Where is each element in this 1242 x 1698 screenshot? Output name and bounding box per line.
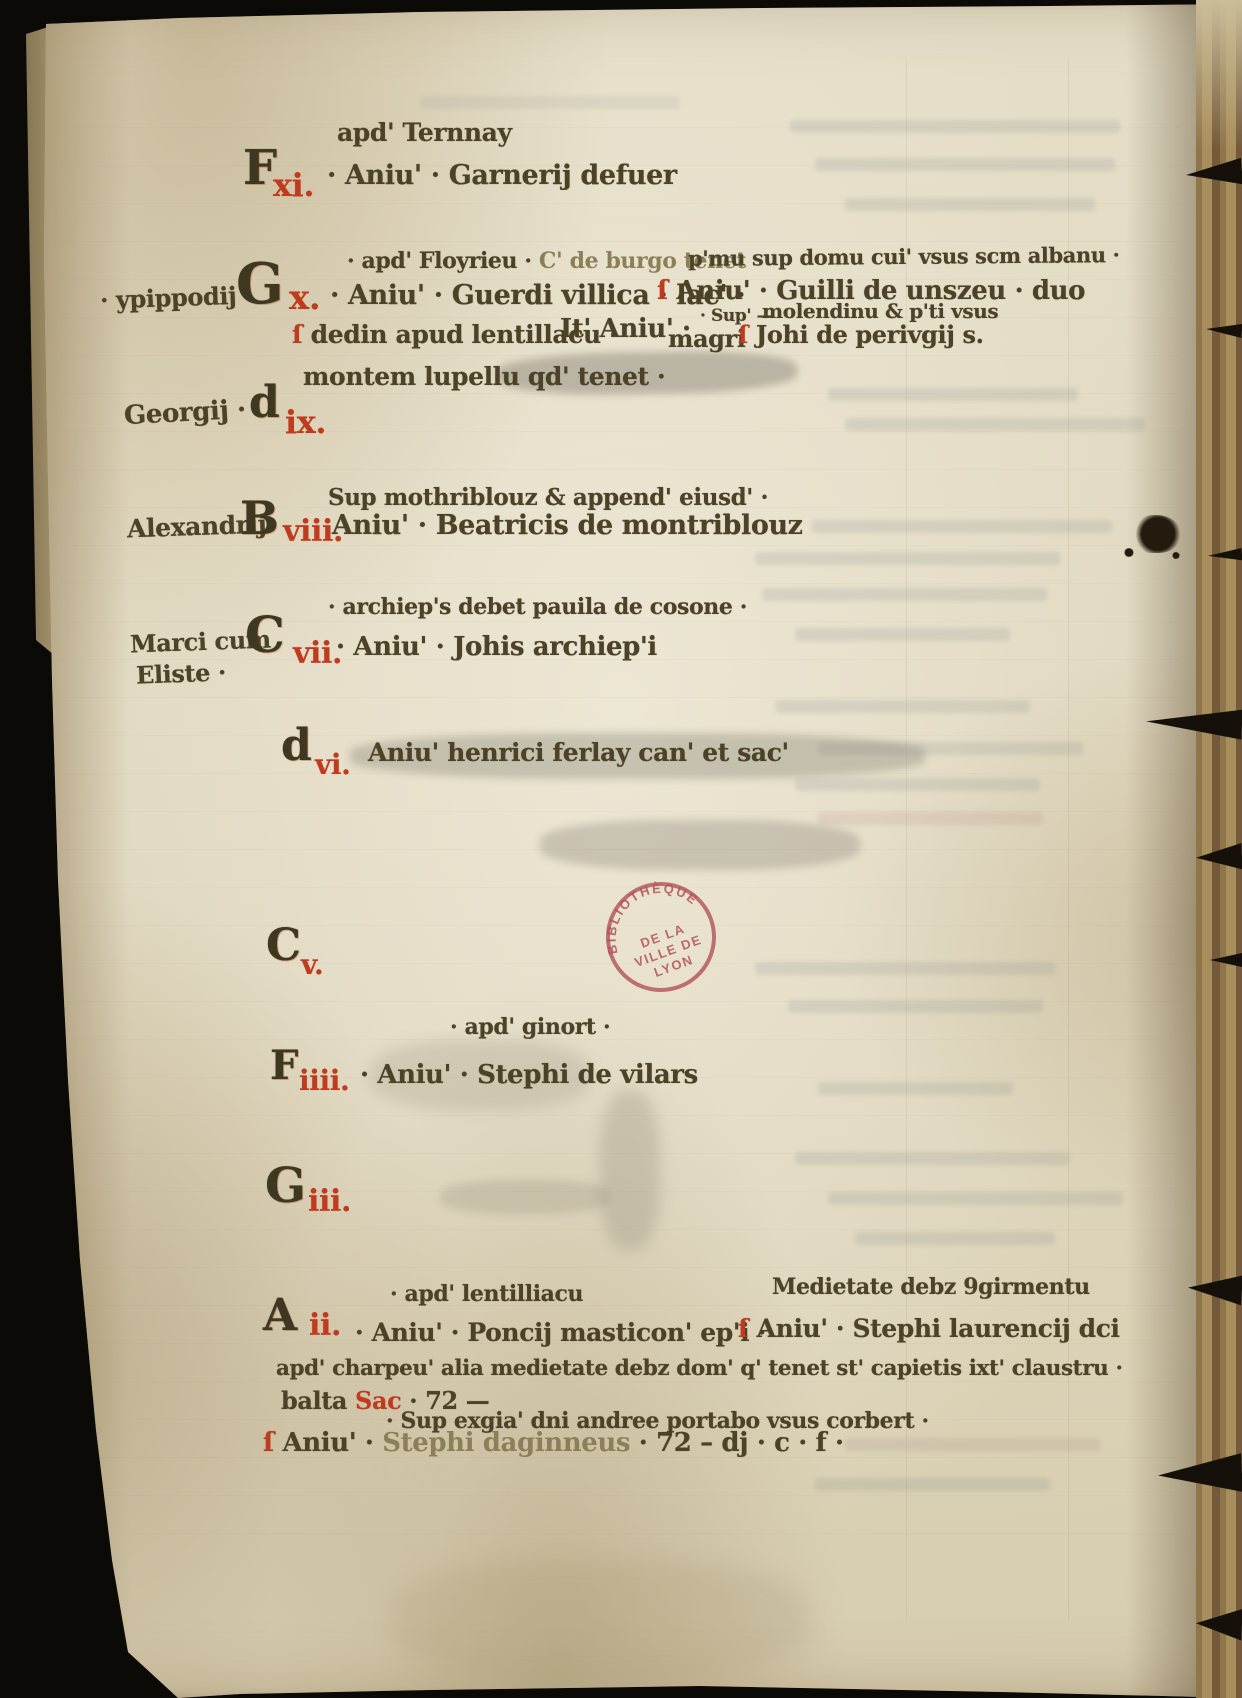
entry-numeral: vii. xyxy=(293,636,342,671)
heading-archieps: · archiep's debet pauila de cosone · xyxy=(328,594,747,620)
numeral-red: iiii. xyxy=(299,1064,349,1097)
bleedthrough-mark xyxy=(828,388,1078,401)
bleedthrough-mark xyxy=(845,418,1145,431)
numeral-red: v. xyxy=(301,948,323,981)
entry-text: montem lupellu qd' tenet · xyxy=(303,362,665,391)
marginal-text: · ypippodij · xyxy=(100,280,253,314)
entry-body: Aniu' henrici ferlay can' et sac' xyxy=(368,738,789,767)
entry-body: Aniu' · Beatricis de montriblouz xyxy=(332,510,803,541)
entry-initial: d xyxy=(281,724,311,768)
bleedthrough-mark xyxy=(815,1478,1050,1491)
heading-text: p'mu sup domu cui' vsus scm albanu · xyxy=(688,242,1120,271)
numeral-red: ii. xyxy=(309,1308,341,1343)
entry-body: · Aniu' · Johis archiep'i xyxy=(336,632,657,662)
numeral-red: ix. xyxy=(285,403,326,441)
entry-text: ſ Johi de perivgij s. xyxy=(738,320,984,349)
entry-body: Aniu' · Stephi laurencij dci xyxy=(757,1314,1120,1343)
stain xyxy=(440,1180,610,1214)
bleedthrough-mark xyxy=(815,158,1115,171)
entry-initial: G xyxy=(265,1162,306,1210)
entry-text: ſ Aniu' · Stephi laurencij dci xyxy=(738,1314,1120,1343)
entry-body: Aniu' · xyxy=(282,1428,382,1458)
entry-initial: G xyxy=(236,256,283,312)
entry-text: magri xyxy=(668,324,746,353)
bleedthrough-mark xyxy=(828,1192,1123,1205)
stain xyxy=(600,1090,660,1250)
numeral-red: iii. xyxy=(308,1184,351,1219)
heading-text: · archiep's debet pauila de cosone · xyxy=(328,594,747,620)
marginal-note-ypippodij: · ypippodij · xyxy=(100,280,253,314)
entry-text: · Aniu' · Poncij masticon' ep'i · xyxy=(355,1318,766,1347)
heading-mothriblon: Sup mothriblouz & append' eiusd' · xyxy=(328,484,768,511)
entry-text: apd' charpeu' alia medietate debz dom' q… xyxy=(276,1356,1123,1381)
bleedthrough-mark xyxy=(795,778,1040,791)
heading-text: Sup mothriblouz & append' eiusd' · xyxy=(328,484,768,511)
bleedthrough-mark xyxy=(812,520,1112,533)
ink-blot xyxy=(1135,515,1181,553)
entry-initial: C xyxy=(266,924,301,968)
bleedthrough-mark xyxy=(845,198,1095,211)
binding-edge-light xyxy=(1196,0,1242,150)
entry-text: ſ Aniu' · Stephi daginneus · 72 – dj · c… xyxy=(263,1428,844,1458)
heading-sup-domum: p'mu sup domu cui' vsus scm albanu · xyxy=(688,242,1120,271)
heading-lentillacu: · apd' lentilliacu xyxy=(390,1281,583,1307)
entry-numeral: x. xyxy=(289,278,320,318)
initial-letter: C xyxy=(266,920,301,971)
entry-body: apd' charpeu' alia medietate debz dom' q… xyxy=(276,1356,1123,1381)
ink-blot xyxy=(1172,552,1180,559)
entry-body: · 72 – dj · c · f · xyxy=(630,1428,843,1458)
place-heading-floyrieu: · apd' Floyrieu · C' de burgo tenet xyxy=(347,248,746,274)
heading-text: · apd' ginort · xyxy=(450,1014,610,1040)
initial-letter: C xyxy=(245,605,284,664)
fold-shading xyxy=(40,0,130,1698)
heading-text: · apd' lentilliacu xyxy=(390,1281,583,1307)
erasure-smudge xyxy=(540,820,860,870)
heading-text: Medietate debz 9girmentu xyxy=(772,1274,1090,1300)
bleedthrough-mark xyxy=(788,1000,1043,1013)
manuscript-photo: apd' Ternnay F xi. · Aniu' · Garnerij de… xyxy=(0,0,1242,1698)
paragraph-mark: ſ xyxy=(738,1314,748,1343)
bleedthrough-mark xyxy=(845,1438,1100,1451)
entry-initial: F xyxy=(270,1046,298,1086)
entry-numeral: xi. xyxy=(273,166,314,204)
entry-initial: d xyxy=(249,381,279,425)
entry-initial: A xyxy=(263,1294,297,1338)
paragraph-mark: ſ xyxy=(738,320,748,349)
entry-body-faded: Stephi daginneus xyxy=(382,1428,630,1458)
marginal-note-georgii: Georgij · xyxy=(123,395,246,431)
bleedthrough-mark xyxy=(855,1232,1055,1245)
entry-text: Aniu' henrici ferlay can' et sac' xyxy=(368,738,789,767)
heading-ginort: · apd' ginort · xyxy=(450,1014,610,1040)
paragraph-mark: ſ xyxy=(263,1428,274,1458)
bleedthrough-mark xyxy=(795,628,1010,641)
heading-medietate: Medietate debz 9girmentu xyxy=(772,1274,1090,1300)
entry-body: · Aniu' · Stephi de vilars xyxy=(360,1060,698,1090)
bleedthrough-mark xyxy=(775,700,1030,713)
heading-text: apd' Ternnay xyxy=(337,118,512,147)
entry-body: balta xyxy=(281,1386,355,1415)
entry-body: magri xyxy=(668,324,746,353)
initial-letter: F xyxy=(270,1042,298,1089)
numeral-red: vii. xyxy=(293,636,342,671)
bleedthrough-mark xyxy=(795,1152,1070,1165)
initial-letter: G xyxy=(265,1158,306,1214)
bleedthrough-mark xyxy=(790,120,1120,133)
place-heading-ternay: apd' Ternnay xyxy=(337,118,512,147)
numeral-red: vi. xyxy=(315,748,350,781)
parchment-page: apd' Ternnay F xi. · Aniu' · Garnerij de… xyxy=(0,0,1242,1698)
numeral-red: x. xyxy=(289,278,320,318)
initial-letter: A xyxy=(263,1290,297,1341)
heading-text: · apd' Floyrieu · xyxy=(347,248,532,274)
marginal-note-eliste: Eliste · xyxy=(136,657,227,689)
bleedthrough-mark xyxy=(755,962,1055,975)
initial-letter: d xyxy=(281,720,311,771)
marginal-text: Eliste · xyxy=(136,657,227,689)
entry-numeral: ii. xyxy=(309,1308,341,1343)
bleedthrough-mark xyxy=(818,1082,1013,1095)
initial-letter: d xyxy=(249,377,279,428)
paragraph-mark: ſ xyxy=(292,320,302,349)
entry-body: · Aniu' · Garnerij defuer xyxy=(327,160,677,191)
marginal-text: Georgij · xyxy=(123,395,246,431)
entry-numeral: vi. xyxy=(315,748,350,781)
entry-text: · Aniu' · Stephi de vilars xyxy=(360,1060,698,1090)
numeral-red: xi. xyxy=(273,166,314,204)
entry-numeral: ix. xyxy=(285,403,326,441)
stain xyxy=(390,1560,810,1680)
entry-body: montem lupellu qd' tenet · xyxy=(303,362,665,391)
initial-letter: F xyxy=(243,140,277,196)
entry-numeral: iiii. xyxy=(299,1064,349,1097)
entry-numeral: iii. xyxy=(308,1184,351,1219)
entry-body: · Aniu' · Poncij masticon' ep'i · xyxy=(355,1318,766,1347)
bleedthrough-mark xyxy=(762,588,1047,601)
paragraph-mark: ſ xyxy=(657,276,668,306)
bleedthrough-mark xyxy=(818,812,1043,825)
bleedthrough-mark xyxy=(755,552,1060,565)
entry-initial: F xyxy=(243,144,277,192)
initial-letter: B xyxy=(240,491,278,545)
entry-text: · Aniu' · Garnerij defuer xyxy=(327,160,677,191)
entry-text: Aniu' · Beatricis de montriblouz xyxy=(332,510,803,541)
entry-text: · Aniu' · Johis archiep'i xyxy=(336,632,657,662)
entry-initial: B xyxy=(240,495,278,541)
bleedthrough-mark xyxy=(420,96,680,109)
gutter-shadow xyxy=(1126,0,1200,1698)
entry-initial: C xyxy=(245,610,284,660)
entry-numeral: v. xyxy=(301,948,323,981)
initial-letter: G xyxy=(236,251,283,317)
entry-body: Johi de perivgij s. xyxy=(756,320,984,349)
ink-blot xyxy=(1124,548,1134,557)
